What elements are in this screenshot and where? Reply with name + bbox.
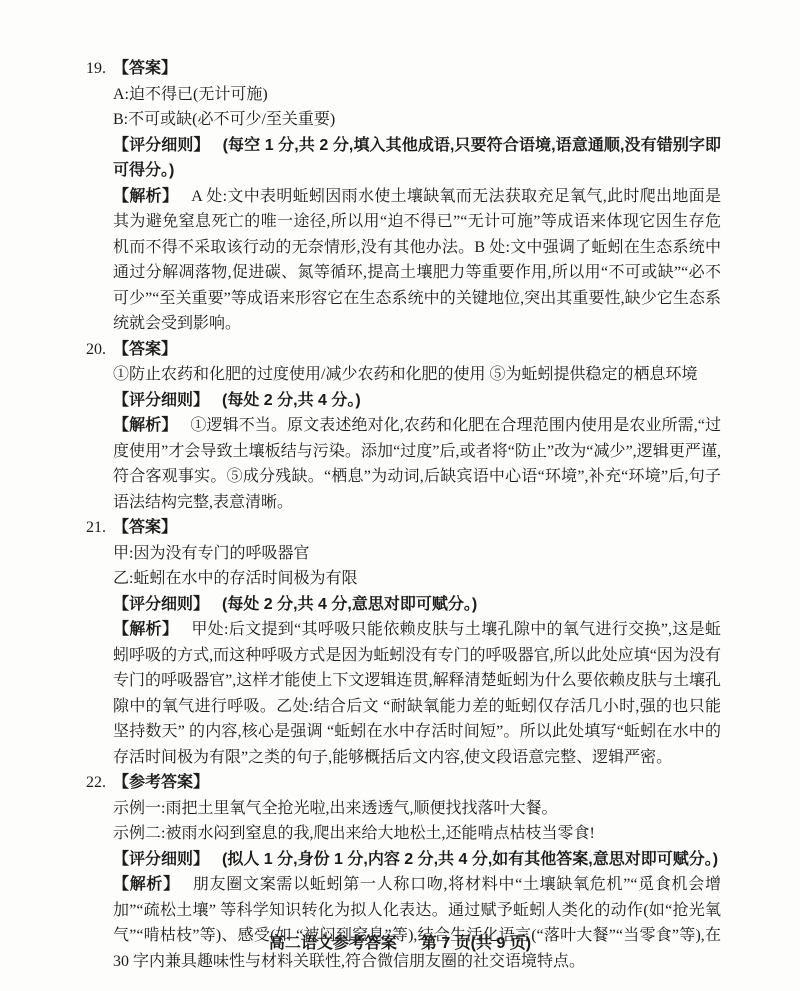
section-number: 20. (86, 337, 106, 363)
scoring-label: 【评分细则】 (113, 596, 209, 613)
answer-line: 乙:蚯蚓在水中的存活时间极为有限 (113, 566, 721, 592)
scoring-label: 【评分细则】 (113, 851, 209, 868)
analysis-text: A 处:文中表明蚯蚓因雨水使土壤缺氧而无法获取充足氧气,此时爬出地面是其为避免窒… (113, 188, 721, 333)
section-21: 21.【答案】 甲:因为没有专门的呼吸器官 乙:蚯蚓在水中的存活时间极为有限 【… (86, 515, 721, 770)
answer-heading: 【答案】 (113, 341, 177, 358)
scoring-text: (每处 2 分,共 4 分。) (222, 392, 361, 409)
section-heading-line: 20.【答案】 (113, 337, 721, 363)
scoring-text: (每处 2 分,共 4 分,意思对即可赋分。) (222, 596, 477, 613)
footer-exam-title: 高二语文参考答案 (269, 935, 397, 952)
section-heading-line: 22.【参考答案】 (113, 770, 721, 796)
scoring-rubric: 【评分细则】(每处 2 分,共 4 分,意思对即可赋分。) (113, 592, 721, 618)
answer-heading: 【答案】 (113, 60, 177, 77)
analysis-label: 【解析】 (113, 876, 180, 893)
answer-line: A:迫不得已(无计可施) (113, 82, 721, 108)
scoring-label: 【评分细则】 (113, 137, 210, 154)
answer-sheet-page: 19.【答案】 A:迫不得已(无计可施) B:不可或缺(必不可少/至关重要) 【… (0, 0, 800, 991)
analysis-text: 甲处:后文提到“其呼吸只能依赖皮肤与土壤孔隙中的氧气进行交换”,这是蚯蚓呼吸的方… (113, 621, 721, 766)
section-number: 19. (86, 56, 106, 82)
section-number: 22. (86, 770, 106, 796)
analysis-paragraph: 【解析】甲处:后文提到“其呼吸只能依赖皮肤与土壤孔隙中的氧气进行交换”,这是蚯蚓… (113, 617, 721, 770)
section-number: 21. (86, 515, 106, 541)
analysis-text: ①逻辑不当。原文表述绝对化,农药和化肥在合理范围内使用是农业所需,“过度使用”才… (113, 417, 721, 511)
analysis-paragraph: 【解析】朋友圈文案需以蚯蚓第一人称口吻,将材料中“土壤缺氧危机”“觅食机会增加”… (113, 872, 721, 974)
analysis-label: 【解析】 (113, 417, 177, 434)
answer-heading: 【答案】 (113, 519, 177, 536)
analysis-label: 【解析】 (113, 621, 178, 638)
scoring-rubric: 【评分细则】(拟人 1 分,身份 1 分,内容 2 分,共 4 分,如有其他答案… (113, 847, 721, 873)
scoring-rubric: 【评分细则】(每处 2 分,共 4 分。) (113, 388, 721, 414)
answer-line: 甲:因为没有专门的呼吸器官 (113, 541, 721, 567)
answer-line: B:不可或缺(必不可少/至关重要) (113, 107, 721, 133)
answer-line: 示例一:雨把土里氧气全抢光啦,出来透透气,顺便找找落叶大餐。 (113, 796, 721, 822)
footer-page-number: 第 7 页(共 9 页) (421, 935, 531, 952)
section-19: 19.【答案】 A:迫不得已(无计可施) B:不可或缺(必不可少/至关重要) 【… (86, 56, 721, 337)
answer-heading: 【参考答案】 (113, 774, 209, 791)
section-heading-line: 19.【答案】 (113, 56, 721, 82)
section-20: 20.【答案】 ①防止农药和化肥的过度使用/减少农药和化肥的使用 ⑤为蚯蚓提供稳… (86, 337, 721, 516)
scoring-rubric: 【评分细则】(每空 1 分,共 2 分,填入其他成语,只要符合语境,语意通顺,没… (113, 133, 721, 184)
scoring-text: (拟人 1 分,身份 1 分,内容 2 分,共 4 分,如有其他答案,意思对即可… (222, 851, 718, 868)
scoring-label: 【评分细则】 (113, 392, 209, 409)
answer-line: 示例二:被雨水闷到窒息的我,爬出来给大地松土,还能啃点枯枝当零食! (113, 821, 721, 847)
section-heading-line: 21.【答案】 (113, 515, 721, 541)
answer-line: ①防止农药和化肥的过度使用/减少农药和化肥的使用 ⑤为蚯蚓提供稳定的栖息环境 (113, 362, 721, 388)
analysis-paragraph: 【解析】①逻辑不当。原文表述绝对化,农药和化肥在合理范围内使用是农业所需,“过度… (113, 413, 721, 515)
page-footer: 高二语文参考答案第 7 页(共 9 页) (0, 931, 800, 957)
analysis-paragraph: 【解析】A 处:文中表明蚯蚓因雨水使土壤缺氧而无法获取充足氧气,此时爬出地面是其… (113, 184, 721, 337)
analysis-label: 【解析】 (113, 188, 178, 205)
